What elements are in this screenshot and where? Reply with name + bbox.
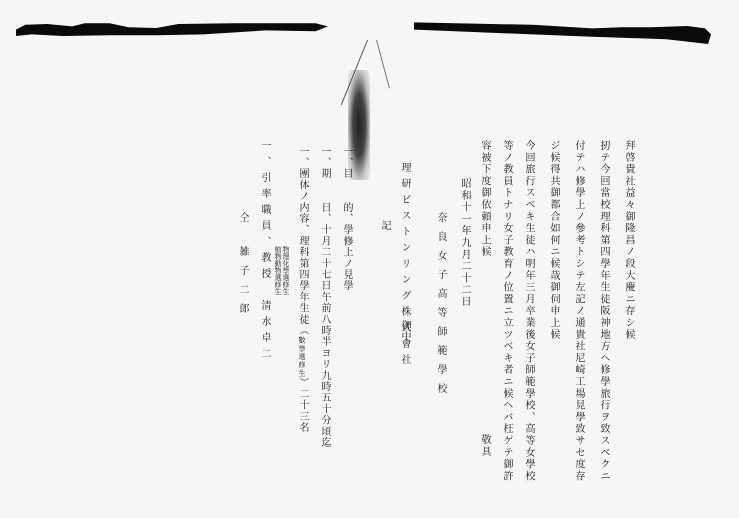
closing-keigu: 敬具 <box>478 434 490 458</box>
scan-edge-left <box>16 20 328 36</box>
item-sub: 數學選修生 <box>298 336 306 377</box>
body-line-2: 扨テ今回當校理科第四學年生徒阪神地方ヘ修學旅行ヲ致スベクニ <box>597 140 609 482</box>
item-label: 一、引率職員、 <box>259 140 270 252</box>
item-group: 一、團体ノ内容、理科第四學年生徒（數學選修生）二十三名 <box>296 146 308 433</box>
item-staff: 一、引率職員、教授 清水卓二 <box>258 140 270 364</box>
item-sub-3: 植物動物選修生 <box>274 246 282 295</box>
second-staff-prefix: 仝 <box>236 212 248 223</box>
item-value: 教授 清水卓二 <box>259 252 270 364</box>
body-line-1: 拜啓貴社益々御隆昌ノ段大慶ニ存シ候 <box>622 140 634 341</box>
item-label: 一、期 日、 <box>319 146 330 224</box>
item-purpose: 一、目 的、學修上ノ見學 <box>340 146 352 292</box>
item-label: 一、團体ノ内容、 <box>297 146 308 236</box>
binding-crease <box>376 40 390 89</box>
item-date: 一、期 日、十月二十七日午前八時半ヨリ九時五十分頃迄 <box>318 146 330 448</box>
item-sub-2: 物理化學選修生 <box>282 246 290 295</box>
body-line-3: 付テハ修學上ノ參考トシテ左記ノ通貴社尼崎工場見學致サセ度存 <box>572 140 584 482</box>
item-value: 學修上ノ見學 <box>341 224 352 291</box>
ki-heading: 記 <box>378 220 390 231</box>
second-staff-name: 雑子二郎 <box>236 246 248 322</box>
item-value: 理科第四學年生徒 <box>297 236 308 326</box>
item-count: 二十三名 <box>297 389 308 434</box>
item-value: 十月二十七日午前八時半ヨリ九時五十分頃迄 <box>319 224 330 448</box>
body-line-7: 容被下度御依頼申上候 <box>478 140 490 258</box>
body-line-4: ジ候得共御都合如何ニ候哉御伺申上候 <box>547 140 559 341</box>
scan-edge-right <box>414 20 711 44</box>
sender: 奈良女子高等師範學校 <box>434 212 446 402</box>
body-line-5: 今回旅行スベキ生徒ハ明年三月卒業後女子師範學校、高等女學校 <box>522 140 534 482</box>
date: 昭和十一年九月二十二日 <box>458 178 470 308</box>
item-label: 一、目 的、 <box>341 146 352 224</box>
body-line-6: 等ノ教員トナリ女子教育ノ位置ニ立ツベキ者ニ候ヘバ枉ゲテ御許 <box>500 140 512 482</box>
addressee-honorific: 御中 <box>398 320 410 342</box>
